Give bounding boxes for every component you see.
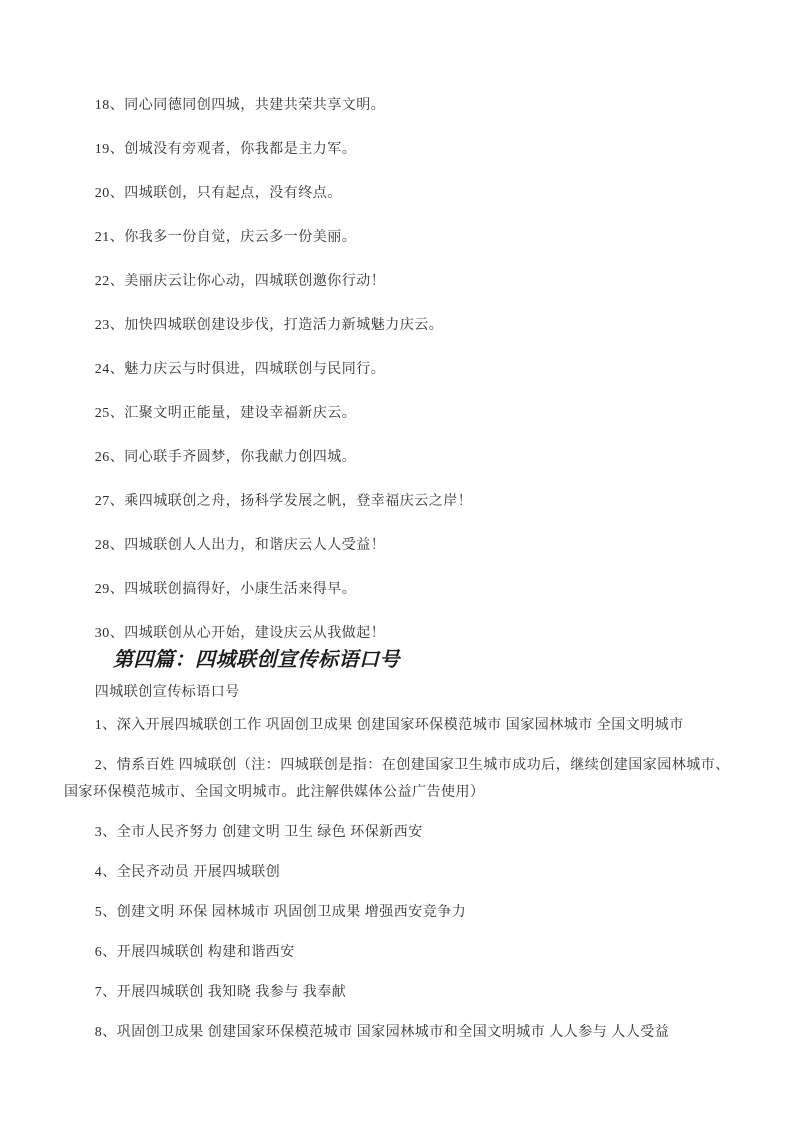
slogan-item: 2、情系百姓 四城联创（注：四城联创是指：在创建国家卫生城市成功后，继续创建国家…: [64, 752, 736, 806]
slogan-item: 21、你我多一份自觉，庆云多一份美丽。: [64, 230, 736, 246]
slogan-item: 7、开展四城联创 我知晓 我参与 我奉献: [64, 979, 736, 1006]
section-heading: 第四篇：四城联创宣传标语口号: [64, 648, 736, 672]
slogan-item: 26、同心联手齐圆梦，你我献力创四城。: [64, 450, 736, 466]
slogan-item: 30、四城联创从心开始，建设庆云从我做起！: [64, 626, 736, 642]
slogan-list-18-30: 18、同心同德同创四城，共建共荣共享文明。 19、创城没有旁观者，你我都是主力军…: [64, 98, 736, 642]
slogan-item: 4、全民齐动员 开展四城联创: [64, 859, 736, 886]
slogan-item: 22、美丽庆云让你心动，四城联创邀你行动！: [64, 274, 736, 290]
slogan-item: 19、创城没有旁观者，你我都是主力军。: [64, 142, 736, 158]
slogan-item: 6、开展四城联创 构建和谐西安: [64, 939, 736, 966]
slogan-item: 3、全市人民齐努力 创建文明 卫生 绿色 环保新西安: [64, 819, 736, 846]
slogan-item: 25、汇聚文明正能量，建设幸福新庆云。: [64, 406, 736, 422]
slogan-list-1-8: 1、深入开展四城联创工作 巩固创卫成果 创建国家环保模范城市 国家园林城市 全国…: [64, 712, 736, 1046]
document-page: 18、同心同德同创四城，共建共荣共享文明。 19、创城没有旁观者，你我都是主力军…: [0, 0, 800, 1132]
slogan-item: 5、创建文明 环保 园林城市 巩固创卫成果 增强西安竞争力: [64, 899, 736, 926]
slogan-item: 24、魅力庆云与时俱进，四城联创与民同行。: [64, 362, 736, 378]
slogan-item: 23、加快四城联创建设步伐，打造活力新城魅力庆云。: [64, 318, 736, 334]
section-subtitle: 四城联创宣传标语口号: [64, 685, 736, 701]
slogan-item: 27、乘四城联创之舟，扬科学发展之帆，登幸福庆云之岸！: [64, 494, 736, 510]
slogan-item: 28、四城联创人人出力，和谐庆云人人受益！: [64, 538, 736, 554]
slogan-item: 1、深入开展四城联创工作 巩固创卫成果 创建国家环保模范城市 国家园林城市 全国…: [64, 712, 736, 739]
slogan-item: 29、四城联创搞得好，小康生活来得早。: [64, 582, 736, 598]
slogan-item: 8、巩固创卫成果 创建国家环保模范城市 国家园林城市和全国文明城市 人人参与 人…: [64, 1019, 736, 1046]
slogan-item: 20、四城联创，只有起点，没有终点。: [64, 186, 736, 202]
slogan-item: 18、同心同德同创四城，共建共荣共享文明。: [64, 98, 736, 114]
